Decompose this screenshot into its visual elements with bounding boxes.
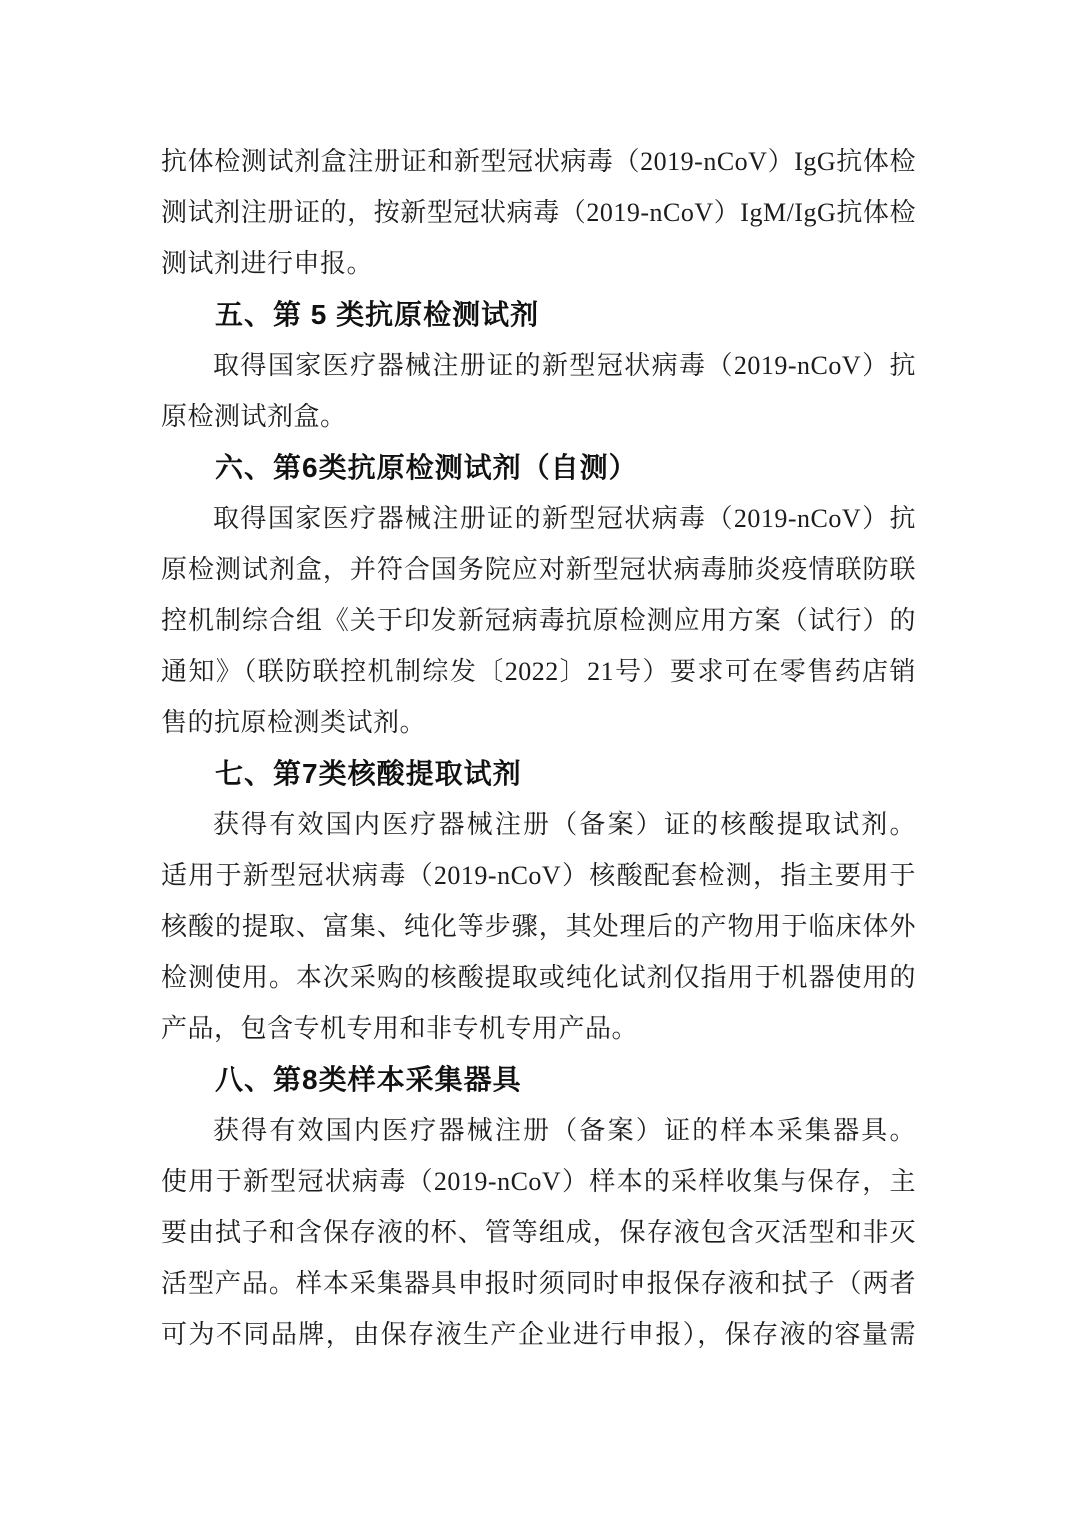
body-text-line: 获得有效国内医疗器械注册（备案）证的样本采集器具。 bbox=[161, 1105, 916, 1156]
body-text-line: 测试剂进行申报。 bbox=[161, 238, 916, 289]
section-heading: 五、第 5 类抗原检测试剂 bbox=[161, 289, 916, 340]
body-text-line: 活型产品。样本采集器具申报时须同时申报保存液和拭子（两者 bbox=[161, 1258, 916, 1309]
body-text-line: 控机制综合组《关于印发新冠病毒抗原检测应用方案（试行）的 bbox=[161, 595, 916, 646]
body-text-line: 抗体检测试剂盒注册证和新型冠状病毒（2019-nCoV）IgG抗体检 bbox=[161, 136, 916, 187]
body-text-line: 要由拭子和含保存液的杯、管等组成，保存液包含灭活型和非灭 bbox=[161, 1207, 916, 1258]
document-content: 抗体检测试剂盒注册证和新型冠状病毒（2019-nCoV）IgG抗体检测试剂注册证… bbox=[161, 136, 916, 1360]
body-text-line: 可为不同品牌，由保存液生产企业进行申报），保存液的容量需 bbox=[161, 1309, 916, 1360]
document-page: 抗体检测试剂盒注册证和新型冠状病毒（2019-nCoV）IgG抗体检测试剂注册证… bbox=[0, 0, 1080, 1527]
body-text-line: 获得有效国内医疗器械注册（备案）证的核酸提取试剂。 bbox=[161, 799, 916, 850]
section-heading: 六、第6类抗原检测试剂（自测） bbox=[161, 442, 916, 493]
body-text-line: 取得国家医疗器械注册证的新型冠状病毒（2019-nCoV）抗 bbox=[161, 340, 916, 391]
body-text-line: 售的抗原检测类试剂。 bbox=[161, 697, 916, 748]
body-text-line: 产品，包含专机专用和非专机专用产品。 bbox=[161, 1003, 916, 1054]
body-text-line: 测试剂注册证的，按新型冠状病毒（2019-nCoV）IgM/IgG抗体检 bbox=[161, 187, 916, 238]
body-text-line: 适用于新型冠状病毒（2019-nCoV）核酸配套检测，指主要用于 bbox=[161, 850, 916, 901]
body-text-line: 检测使用。本次采购的核酸提取或纯化试剂仅指用于机器使用的 bbox=[161, 952, 916, 1003]
section-heading: 八、第8类样本采集器具 bbox=[161, 1054, 916, 1105]
body-text-line: 通知》（联防联控机制综发〔2022〕21号）要求可在零售药店销 bbox=[161, 646, 916, 697]
body-text-line: 使用于新型冠状病毒（2019-nCoV）样本的采样收集与保存，主 bbox=[161, 1156, 916, 1207]
body-text-line: 原检测试剂盒，并符合国务院应对新型冠状病毒肺炎疫情联防联 bbox=[161, 544, 916, 595]
section-heading: 七、第7类核酸提取试剂 bbox=[161, 748, 916, 799]
body-text-line: 原检测试剂盒。 bbox=[161, 391, 916, 442]
body-text-line: 核酸的提取、富集、纯化等步骤，其处理后的产物用于临床体外 bbox=[161, 901, 916, 952]
body-text-line: 取得国家医疗器械注册证的新型冠状病毒（2019-nCoV）抗 bbox=[161, 493, 916, 544]
